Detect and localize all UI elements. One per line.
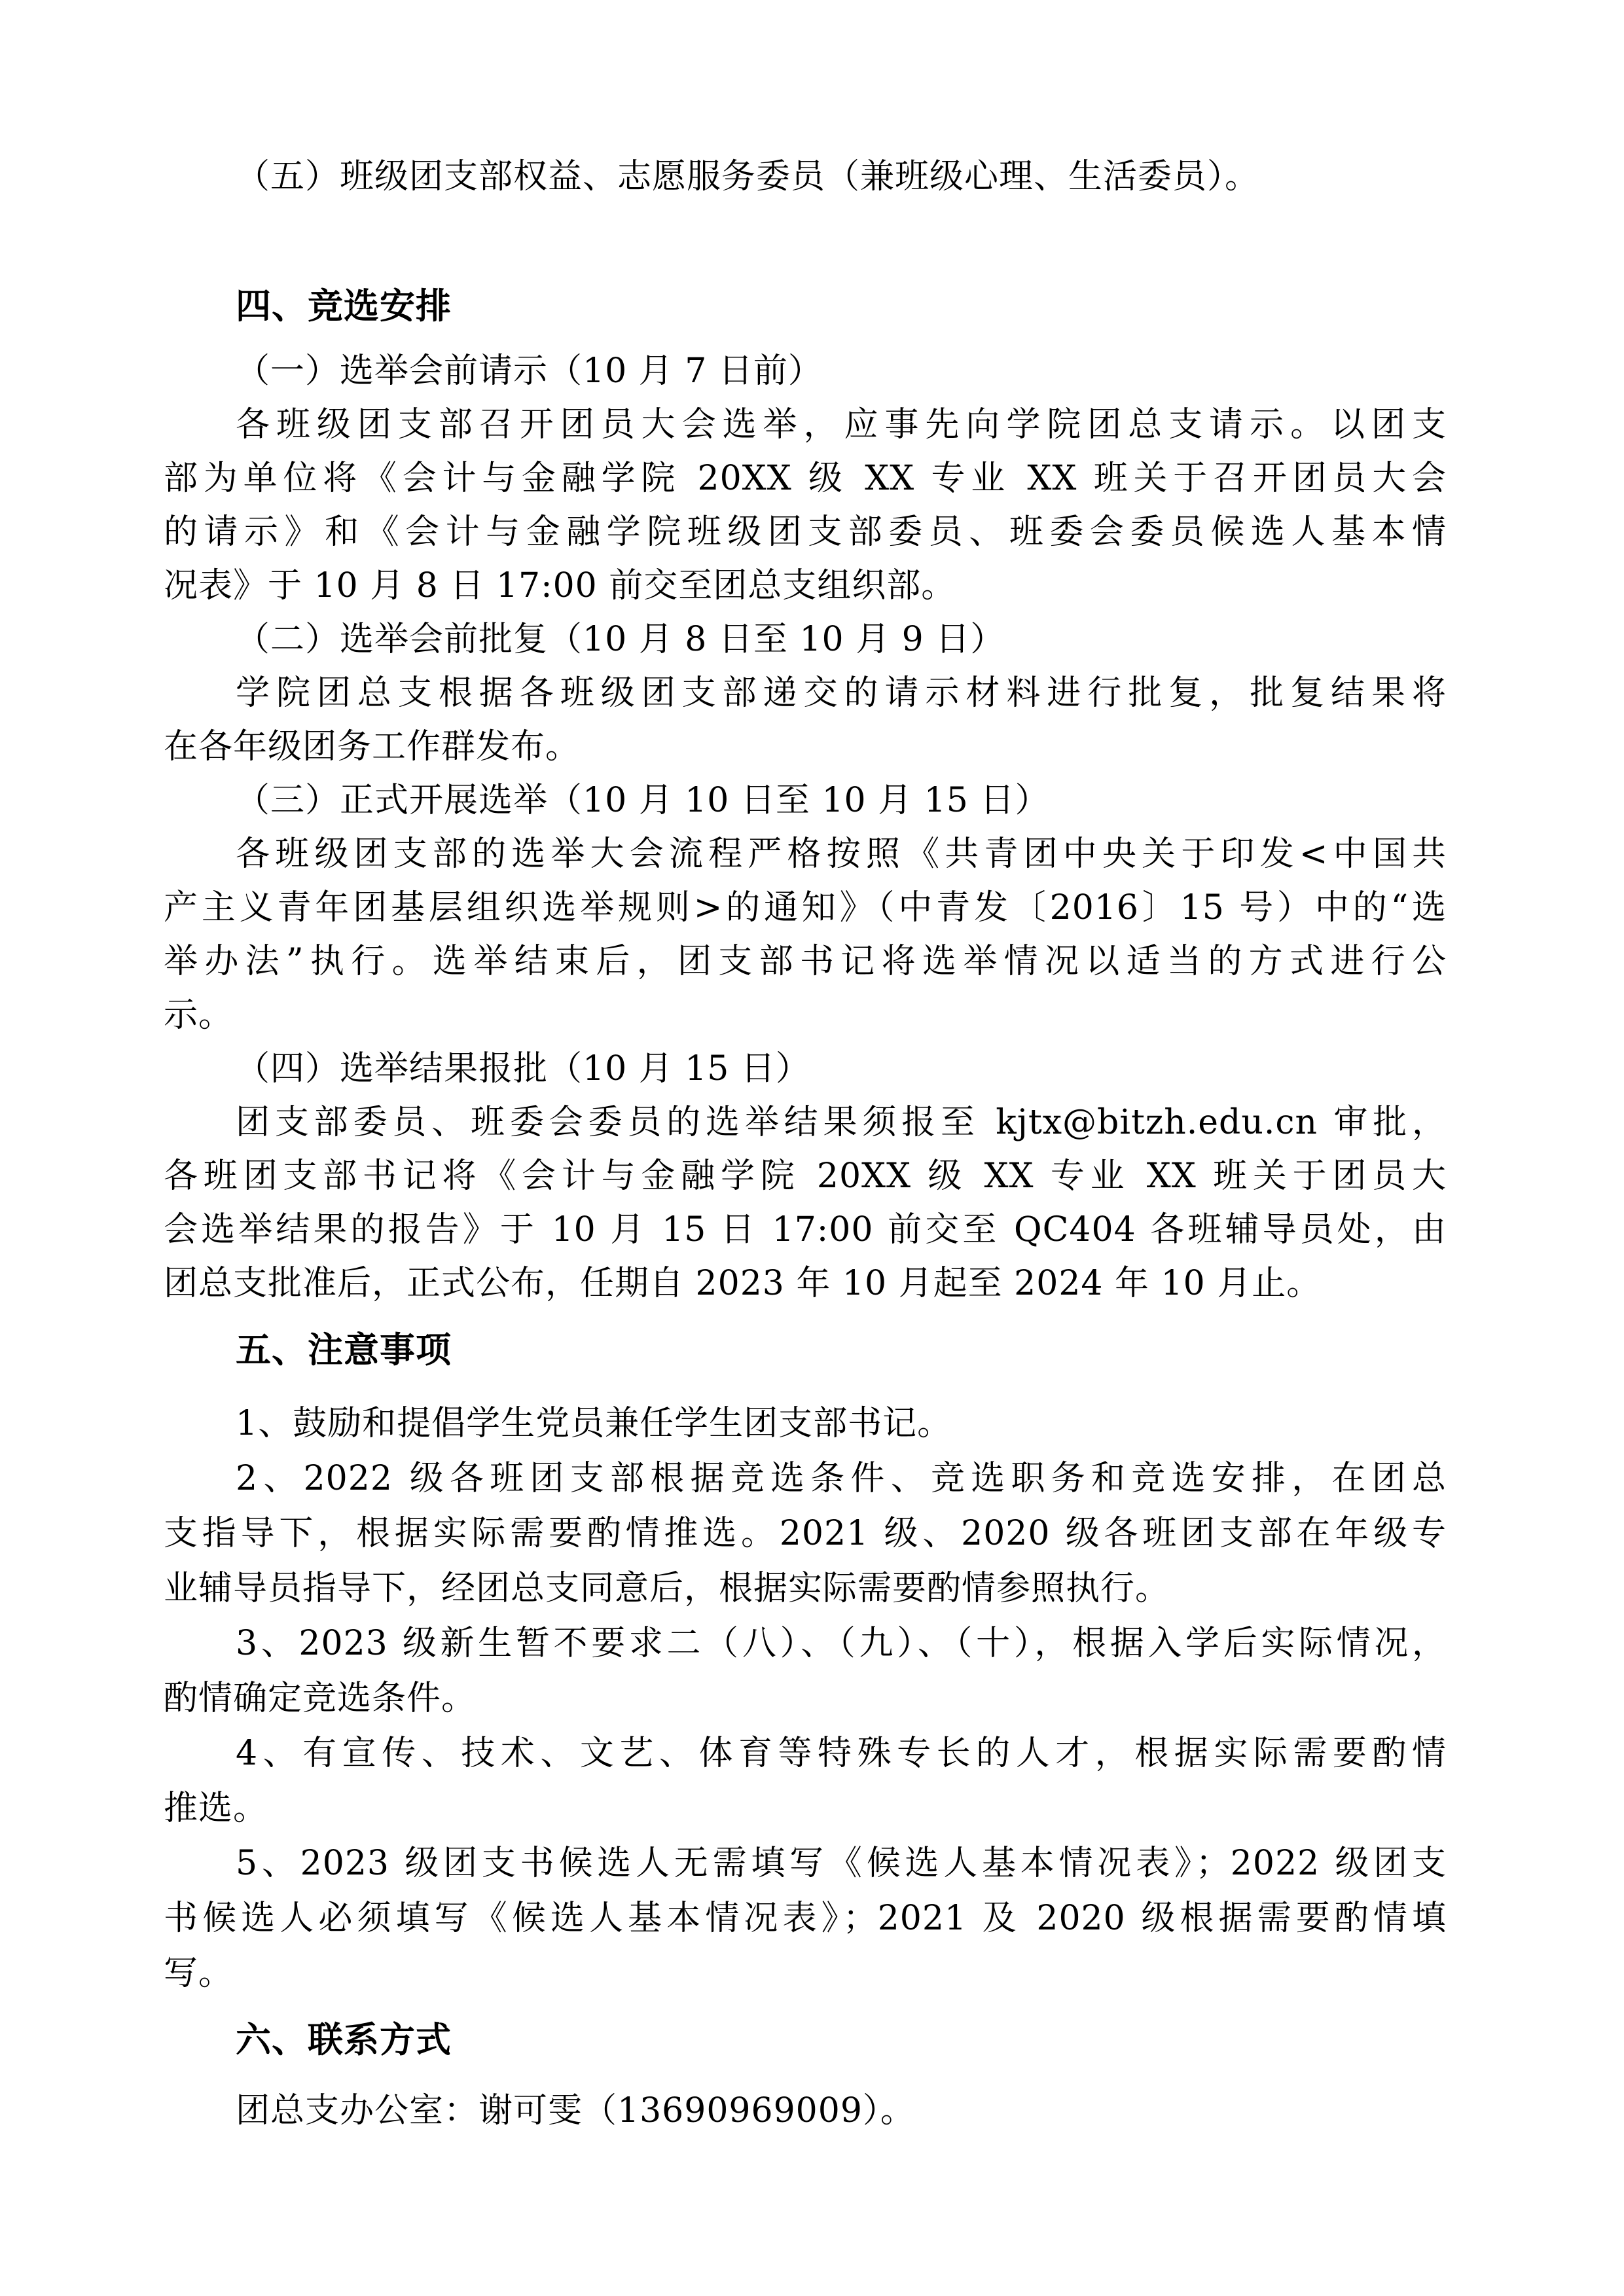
paragraph-line-with-email: 团支部委员、班委会委员的选举结果须报至 kjtx@bitzh.edu.cn 审批… <box>236 1102 1447 1143</box>
section-heading-4: 四、竞选安排 <box>236 285 1447 327</box>
section-heading-6: 六、联系方式 <box>236 2019 1447 2061</box>
paragraph-line: 业辅导员指导下，经团总支同意后，根据实际需要酌情参照执行。 <box>164 1568 1447 1609</box>
paragraph-line: 写。 <box>164 1952 1447 1994</box>
paragraph-line: 各班级团支部的选举大会流程严格按照《共青团中央关于印发<中国共 <box>236 833 1447 875</box>
section-heading-5: 五、注意事项 <box>236 1329 1447 1371</box>
subheading-4-3: （三）正式开展选举（10 月 10 日至 10 月 15 日） <box>236 780 1447 821</box>
note-item-4: 4、有宣传、技术、文艺、体育等特殊专长的人才，根据实际需要酌情 <box>236 1732 1447 1774</box>
section3-item5: （五）班级团支部权益、志愿服务委员（兼班级心理、生活委员）。 <box>236 156 1447 198</box>
paragraph-line: 产主义青年团基层组织选举规则>的通知》（中青发〔2016〕15 号）中的“选 <box>164 887 1447 929</box>
paragraph-line: 支指导下，根据实际需要酌情推选。2021 级、2020 级各班团支部在年级专 <box>164 1513 1447 1554</box>
note-item-2: 2、2022 级各班团支部根据竞选条件、竞选职务和竞选安排，在团总 <box>236 1458 1447 1499</box>
paragraph-line: 在各年级团务工作群发布。 <box>164 726 1447 768</box>
paragraph-line: 书候选人必须填写《候选人基本情况表》；2021 及 2020 级根据需要酌情填 <box>164 1897 1447 1939</box>
paragraph-line: 酌情确定竞选条件。 <box>164 1677 1447 1719</box>
paragraph-line: 部为单位将《会计与金融学院 20XX 级 XX 专业 XX 班关于召开团员大会 <box>164 457 1447 499</box>
paragraph-line: 举办法”执行。选举结束后，团支部书记将选举情况以适当的方式进行公 <box>164 941 1447 982</box>
note-item-1: 1、鼓励和提倡学生党员兼任学生团支部书记。 <box>236 1403 1447 1444</box>
note-item-5: 5、2023 级团支书候选人无需填写《候选人基本情况表》；2022 级团支 <box>236 1842 1447 1884</box>
paragraph-line: 推选。 <box>164 1787 1447 1829</box>
subheading-4-2: （二）选举会前批复（10 月 8 日至 10 月 9 日） <box>236 619 1447 660</box>
paragraph-line: 的请示》和《会计与金融学院班级团支部委员、班委会委员候选人基本情 <box>164 511 1447 553</box>
paragraph-line: 各班团支部书记将《会计与金融学院 20XX 级 XX 专业 XX 班关于团员大 <box>164 1155 1447 1197</box>
paragraph-line: 学院团总支根据各班级团支部递交的请示材料进行批复，批复结果将 <box>236 672 1447 714</box>
paragraph-line: 况表》于 10 月 8 日 17:00 前交至团总支组织部。 <box>164 565 1447 607</box>
subheading-4-4: （四）选举结果报批（10 月 15 日） <box>236 1048 1447 1090</box>
paragraph-line: 会选举结果的报告》于 10 月 15 日 17:00 前交至 QC404 各班辅… <box>164 1209 1447 1251</box>
subheading-4-1: （一）选举会前请示（10 月 7 日前） <box>236 350 1447 392</box>
paragraph-line: 各班级团支部召开团员大会选举，应事先向学院团总支请示。以团支 <box>236 404 1447 446</box>
contact-info: 团总支办公室：谢可雯（13690969009）。 <box>236 2090 1447 2132</box>
paragraph-line: 团总支批准后，正式公布，任期自 2023 年 10 月起至 2024 年 10 … <box>164 1263 1447 1304</box>
paragraph-line: 示。 <box>164 994 1447 1036</box>
note-item-3: 3、2023 级新生暂不要求二（八）、（九）、（十），根据入学后实际情况， <box>236 1623 1447 1664</box>
